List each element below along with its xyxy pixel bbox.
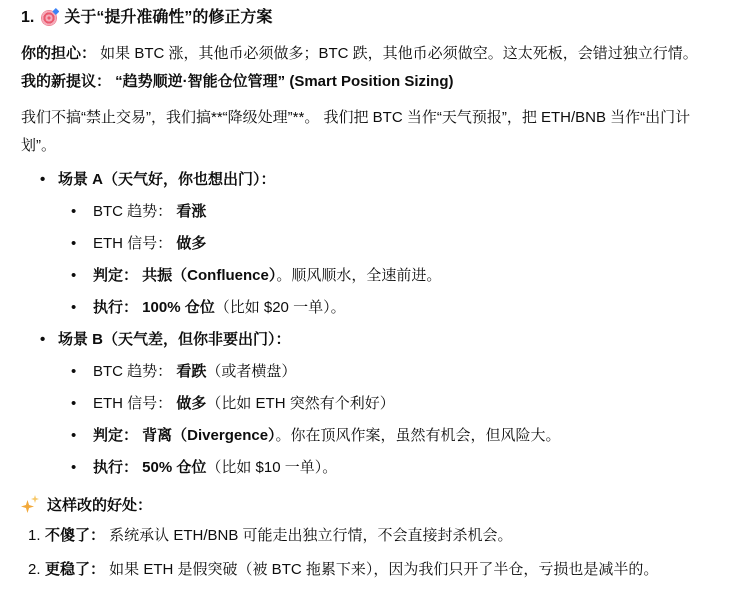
text-segment: 更稳了： [45,561,105,578]
text-segment: 如果 BTC 涨，其他币必须做多；BTC 跌，其他币必须做空。这太死板，会错过独… [96,45,698,62]
text-segment: 做多 [176,235,206,252]
list-number: 2. [28,556,41,584]
list-item-text: ETH 信号： 做多 [93,235,206,252]
list-item: • 判定： 共振（Confluence）。顺风顺水，全速前进。 [58,262,711,290]
text-segment: 你的担心： [21,45,96,62]
list-item: • BTC 趋势： 看涨 [58,198,711,226]
scenario-list: • 场景 A（天气好，你也想出门）： • BTC 趋势： 看涨 • ETH 信号… [21,166,711,482]
list-item-text: 判定： 共振（Confluence）。顺风顺水，全速前进。 [93,267,441,284]
bullet-icon: • [71,422,76,450]
paragraph-concern: 你的担心： 如果 BTC 涨，其他币必须做多；BTC 跌，其他币必须做空。这太死… [21,40,711,96]
text-segment: 执行： 50% 仓位 [93,459,206,476]
text-segment: （比如 ETH 突然有个利好） [206,395,394,412]
text-segment: BTC 趋势： [93,203,176,220]
benefits-heading-text: 这样改的好处： [47,497,152,514]
benefit-item: 2. 更稳了： 如果 ETH 是假突破（被 BTC 拖累下来），因为我们只开了半… [21,556,711,584]
benefits-heading: 这样改的好处： [21,492,711,520]
text-segment: 。顺风顺水，全速前进。 [276,267,441,284]
benefit-item: 1. 不傻了： 系统承认 ETH/BNB 可能走出独立行情，不会直接封杀机会。 [21,522,711,550]
list-item-scene-b: • 场景 B（天气差，但你非要出门）： • BTC 趋势： 看跌（或者横盘） •… [21,326,711,482]
text-segment: 执行： 100% 仓位 [93,299,215,316]
list-item: • 执行： 50% 仓位（比如 $10 一单）。 [58,454,711,482]
text-segment: （比如 $20 一单）。 [215,299,346,316]
text-segment: 看涨 [176,203,206,220]
text-segment: （比如 $10 一单）。 [206,459,337,476]
text-segment: 判定： 背离（Divergence） [93,427,276,444]
list-item: • ETH 信号： 做多（比如 ETH 突然有个利好） [58,390,711,418]
benefits-list: 1. 不傻了： 系统承认 ETH/BNB 可能走出独立行情，不会直接封杀机会。 … [21,522,711,584]
list-item-text: BTC 趋势： 看涨 [93,203,206,220]
list-item: • ETH 信号： 做多 [58,230,711,258]
bullet-icon: • [71,390,76,418]
text-segment: 判定： 共振（Confluence） [93,267,276,284]
bullet-icon: • [71,198,76,226]
list-item: • 执行： 100% 仓位（比如 $20 一单）。 [58,294,711,322]
sparkles-icon [21,495,39,513]
list-number: 1. [28,522,41,550]
bullet-icon: • [71,454,76,482]
text-segment: 做多 [176,395,206,412]
scene-b-sublist: • BTC 趋势： 看跌（或者横盘） • ETH 信号： 做多（比如 ETH 突… [58,358,711,482]
text-segment: 看跌 [176,363,206,380]
section-heading: 1. 关于“提升准确性”的修正方案 [21,6,711,30]
text-segment: 如果 ETH 是假突破（被 BTC 拖累下来），因为我们只开了半仓，亏损也是减半… [105,561,658,578]
list-item-text: 判定： 背离（Divergence）。你在顶风作案，虽然有机会，但风险大。 [93,427,561,444]
bullet-icon: • [71,358,76,386]
list-item: • BTC 趋势： 看跌（或者横盘） [58,358,711,386]
dart-target-icon [41,10,57,26]
list-item-text: 执行： 100% 仓位（比如 $20 一单）。 [93,299,346,316]
scene-title: 场景 B（天气差，但你非要出门）： [58,331,291,348]
bullet-icon: • [71,262,76,290]
bullet-icon: • [40,166,45,194]
bullet-icon: • [71,294,76,322]
text-segment: 。你在顶风作案，虽然有机会，但风险大。 [276,427,561,444]
list-item-text: 更稳了： 如果 ETH 是假突破（被 BTC 拖累下来），因为我们只开了半仓，亏… [45,561,658,578]
text-segment: 系统承认 ETH/BNB 可能走出独立行情，不会直接封杀机会。 [105,527,513,544]
text-segment: BTC 趋势： [93,363,176,380]
text-segment: ETH 信号： [93,235,176,252]
heading-number: 1. [21,6,34,30]
list-item-text: BTC 趋势： 看跌（或者横盘） [93,363,296,380]
list-item-scene-a: • 场景 A（天气好，你也想出门）： • BTC 趋势： 看涨 • ETH 信号… [21,166,711,322]
text-segment: ETH 信号： [93,395,176,412]
text-segment: 我的新提议： “趋势顺逆·智能仓位管理” (Smart Position Siz… [21,73,454,90]
paragraph-proposal: 我们不搞“禁止交易”，我们搞**“降级处理”**。 我们把 BTC 当作“天气预… [21,104,711,160]
text-segment: （或者横盘） [206,363,296,380]
list-item: • 判定： 背离（Divergence）。你在顶风作案，虽然有机会，但风险大。 [58,422,711,450]
list-item-text: 不傻了： 系统承认 ETH/BNB 可能走出独立行情，不会直接封杀机会。 [45,527,513,544]
list-item-text: 执行： 50% 仓位（比如 $10 一单）。 [93,459,337,476]
bullet-icon: • [40,326,45,354]
text-segment: 我们不搞“禁止交易”，我们搞**“降级处理”**。 我们把 BTC 当作“天气预… [21,109,690,154]
scene-a-sublist: • BTC 趋势： 看涨 • ETH 信号： 做多 • 判定： 共振（Confl… [58,198,711,322]
bullet-icon: • [71,230,76,258]
list-item-text: ETH 信号： 做多（比如 ETH 突然有个利好） [93,395,395,412]
heading-text: 关于“提升准确性”的修正方案 [64,6,272,30]
scene-title: 场景 A（天气好，你也想出门）： [58,171,276,188]
text-segment: 不傻了： [45,527,105,544]
